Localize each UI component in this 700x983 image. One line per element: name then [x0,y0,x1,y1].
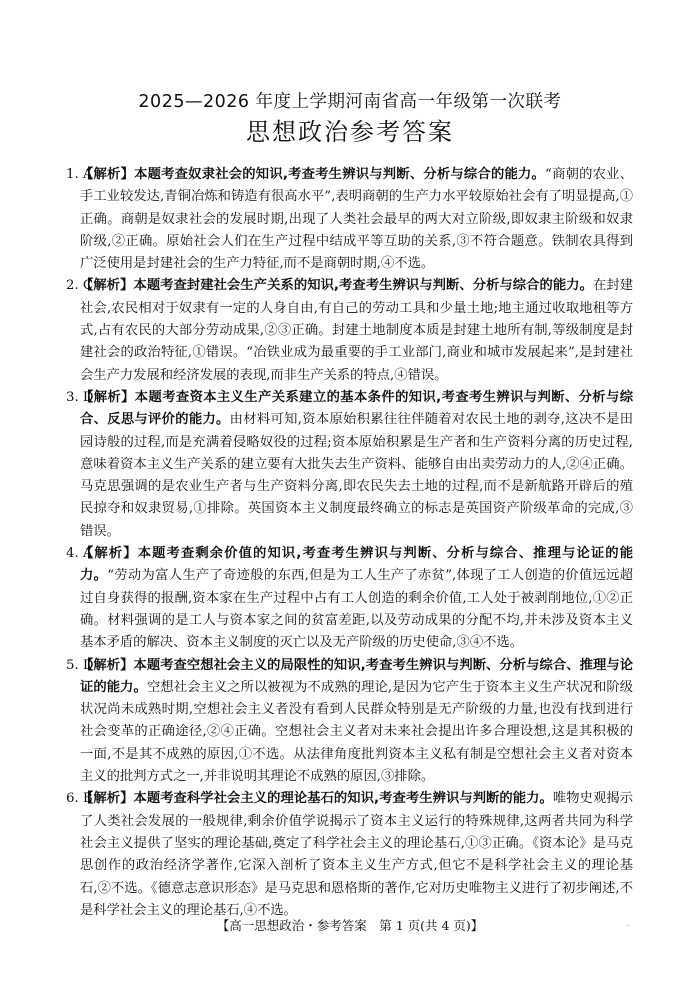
document-title: 思想政治参考答案 [0,112,700,147]
answer-body: “商朝的农业、手工业较发达,青铜冶炼和铸造有很高水平”,表明商朝的生产力水平较原… [80,167,633,271]
answer-list: 1. A【解析】本题考查奴隶社会的知识,考查考生辨识与判断、分析与综合的能力。“… [0,164,700,922]
corner-mark: .. [626,921,630,928]
answer-number: 1. A [66,164,93,186]
answer-item-4: 4. A【解析】本题考查剩余价值的知识,考查考生辨识与判断、分析与综合、推理与论… [0,543,633,654]
answer-item-5: 5. D【解析】本题考查空想社会主义的局限性的知识,考查考生辨识与判断、分析与综… [0,655,633,789]
answer-item-2: 2. C【解析】本题考查封建社会生产关系的知识,考查考生辨识与判断、分析与综合的… [0,275,633,386]
answer-body: 空想社会主义之所以被视为不成熟的理论,是因为它产生于资本主义生产状况和阶级状况尚… [80,680,633,784]
answer-number: 6. B [66,788,93,810]
answer-number: 3. D [66,387,94,409]
answer-item-3: 3. D【解析】本题考查资本主义生产关系建立的基本条件的知识,考查考生辨识与判断… [0,387,633,543]
answer-lead: 本题考查奴隶社会的知识,考查考生辨识与判断、分析与综合的能力。 [134,167,545,182]
answer-body: 由材料可知,资本原始积累往往伴随着对农民土地的剥夺,这决不是田园诗般的过程,而是… [80,412,633,538]
answer-item-6: 6. B【解析】本题考查科学社会主义的理论基石的知识,考查考生辨识与判断的能力。… [0,788,633,922]
answer-body: “劳动为富人生产了奇迹般的东西,但是为工人生产了赤贫”,体现了工人创造的价值远远… [80,568,633,650]
exam-title: 2025—2026 年度上学期河南省高一年级第一次联考 [0,88,700,113]
answer-number: 4. A [66,543,93,565]
answer-number: 5. D [66,655,94,677]
answer-item-1: 1. A【解析】本题考查奴隶社会的知识,考查考生辨识与判断、分析与综合的能力。“… [0,164,633,275]
answer-lead: 本题考查封建社会生产关系的知识,考查考生辨识与判断、分析与综合的能力。 [133,278,593,293]
answer-key-page: 2025—2026 年度上学期河南省高一年级第一次联考 思想政治参考答案 1. … [0,0,700,983]
answer-body: 在封建社会,农民相对于奴隶有一定的人身自由,有自己的劳动工具和少量土地;地主通过… [80,278,633,382]
page-footer: 【高一思想政治・参考答案 第 1 页(共 4 页)】 [0,916,700,934]
answer-body: 唯物史观揭示了人类社会发展的一般规律,剩余价值学说揭示了资本主义运行的特殊规律,… [80,791,633,917]
answer-lead: 本题考查科学社会主义的理论基石的知识,考查考生辨识与判断的能力。 [133,791,552,806]
answer-number: 2. C [66,275,93,297]
